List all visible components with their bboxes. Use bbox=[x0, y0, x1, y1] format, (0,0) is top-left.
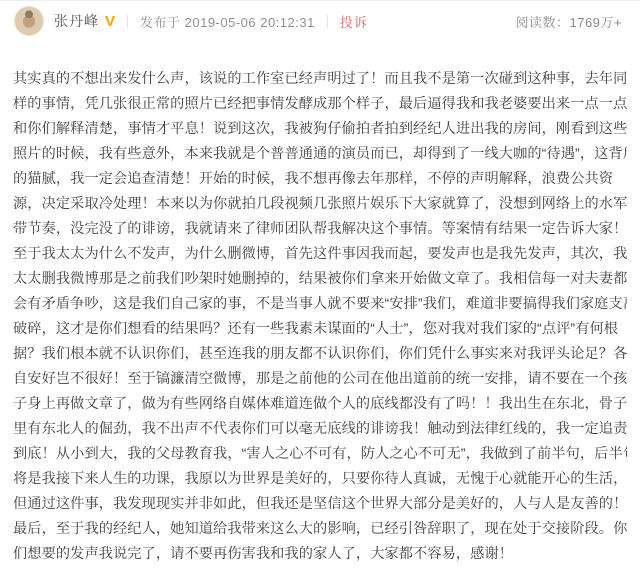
read-count: 阅读数：1769万+ bbox=[515, 12, 622, 31]
report-link[interactable]: 投诉 bbox=[340, 12, 368, 31]
post-text-line: 最后，至于我的经纪人，她知道给我带来这么大的影响，已经引咎辞职了，现在处于交接阶… bbox=[13, 517, 627, 542]
post-text-line: 源，决定采取冷处理！本来以为你就拍几段视频几张照片娱乐下大家就算了，没想到网络上… bbox=[13, 192, 627, 217]
post-text-line: 到底！从小到大，我的父母教育我，“害人之心不可有，防人之心不可无”，我做到了前半… bbox=[13, 442, 627, 467]
post-header: 张丹峰 V 发布于 2019-05-06 20:12:31 投诉 阅读数：176… bbox=[0, 1, 640, 41]
post-text-line: 将是我接下来人生的功课，我原以为世界是美好的，只要你待人真诚，无愧于心就能开心的… bbox=[13, 467, 627, 492]
post-text-line: 们想要的发声我说完了，请不要再伤害我和我的家人了，大家都不容易，感谢！ bbox=[13, 542, 627, 567]
post-text-line: 自安好岂不很好！至于镐濂清空微博，那是之前他的公司在他出道前的统一安排，请不要在… bbox=[13, 367, 627, 392]
divider bbox=[127, 15, 128, 28]
post-text-line: 子身上再做文章了，做为有些网络自媒体难道连做个人的底线都没有了吗！！我出生在东北… bbox=[13, 392, 627, 417]
post-text-line: 但通过这件事，我发现现实并非如此，但我还是坚信这个世界大部分是美好的，人与人是友… bbox=[13, 492, 627, 517]
post-text-line: 太太删我微博那是之前我们吵架时她删掉的，结果被你们拿来开始做文章了。我相信每一对… bbox=[13, 267, 627, 292]
verified-v-icon: V bbox=[105, 14, 115, 29]
post-text-line: 样的事情，凭几张很正常的照片已经把事情发酵成那个样子，最后逼得我和我老婆要出来一… bbox=[13, 92, 627, 117]
post-text-line: 破碎，这才是你们想看的结果吗？还有一些我素未谋面的“人士”，您对我对我们家的“点… bbox=[13, 317, 627, 342]
post-text-line: 和你们解释清楚，事情才平息！说到这次，我被狗仔偷拍者拍到经纪人进出我的房间，刚看… bbox=[13, 117, 627, 142]
post-text-line: 里有东北人的倔劲，我不出声不代表你们可以毫无底线的诽谤我！触动到法律红线的，我一… bbox=[13, 417, 627, 442]
user-photo-icon[interactable] bbox=[14, 6, 44, 36]
post-text-line: 照片的时候，我有些意外，本来我就是个普普通通的演员而已，却得到了一线大咖的“待遇… bbox=[13, 142, 627, 167]
publish-time: 发布于 2019-05-06 20:12:31 bbox=[140, 12, 315, 31]
username[interactable]: 张丹峰 bbox=[54, 11, 99, 31]
divider bbox=[327, 15, 328, 28]
post-page: 张丹峰 V 发布于 2019-05-06 20:12:31 投诉 阅读数：176… bbox=[0, 0, 640, 571]
post-text: 其实真的不想出来发什么声，该说的工作室已经声明过了！而且我不是第一次碰到这种事，… bbox=[0, 41, 640, 567]
post-text-line: 带节奏，没完没了的诽谤，我就请来了律师团队帮我解决这个事情。等案情有结果一定告诉… bbox=[13, 217, 627, 242]
post-text-line: 其实真的不想出来发什么声，该说的工作室已经声明过了！而且我不是第一次碰到这种事，… bbox=[13, 67, 627, 92]
post-text-line: 据？我们根本就不认识你们，甚至连我的朋友都不认识你们，你们凭什么事实来对我评头论… bbox=[13, 342, 627, 367]
post-text-line: 会有矛盾争吵，这是我们自己家的事，不是当事人就不要来“安排”我们，难道非要搞得我… bbox=[13, 292, 627, 317]
post-text-line: 的猫腻，我一定会追查清楚！开始的时候，我不想再像去年那样，不停的声明解释，浪费公… bbox=[13, 167, 627, 192]
post-text-line: 至于我太太为什么不发声，为什么删微博，首先这件事因我而起，要发声也是我先发声，其… bbox=[13, 242, 627, 267]
